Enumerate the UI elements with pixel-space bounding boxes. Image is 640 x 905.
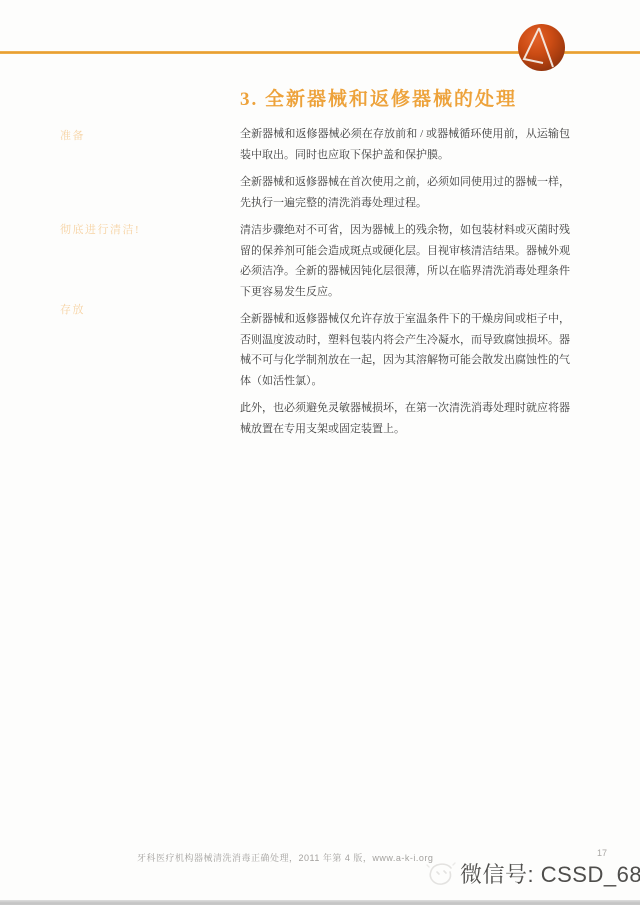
section-title: 3. 全新器械和返修器械的处理 (240, 84, 517, 111)
paragraph-1: 全新器械和返修器械必须在存放前和 / 或器械循环使用前，从运输包装中取出。同时也… (240, 124, 570, 165)
margin-note-preparation: 准备 (60, 127, 85, 143)
paragraph-4: 全新器械和返修器械仅允许存放于室温条件下的干燥房间或柜子中，否则温度波动时，塑料… (240, 309, 570, 391)
paragraph-5: 此外，也必须避免灵敏器械损坏，在第一次清洗消毒处理时就应将器械放置在专用支架或固… (240, 398, 570, 439)
wechat-watermark: 微信号: CSSD_68 (426, 855, 640, 891)
aki-logo-icon (517, 23, 566, 72)
bottom-edge-strip (0, 900, 640, 905)
footer-source-text: 牙科医疗机构器械清洗消毒正确处理，2011 年第 4 版，www.a-k-i.o… (137, 851, 433, 864)
wechat-id-text: 微信号: CSSD_68 (460, 858, 640, 889)
margin-note-storage: 存放 (60, 301, 85, 317)
paragraph-3: 清洁步骤绝对不可省，因为器械上的残余物，如包装材料或灭菌时残留的保养剂可能会造成… (240, 220, 570, 302)
sketch-face-icon (426, 858, 456, 888)
paragraph-2: 全新器械和返修器械在首次使用之前，必须如同使用过的器械一样，先执行一遍完整的清洗… (240, 172, 570, 213)
body-content: 全新器械和返修器械必须在存放前和 / 或器械循环使用前，从运输包装中取出。同时也… (240, 124, 570, 446)
document-page: 3. 全新器械和返修器械的处理 准备 彻底进行清洁! 存放 全新器械和返修器械必… (0, 0, 640, 905)
margin-note-clean-thoroughly: 彻底进行清洁! (60, 221, 140, 237)
